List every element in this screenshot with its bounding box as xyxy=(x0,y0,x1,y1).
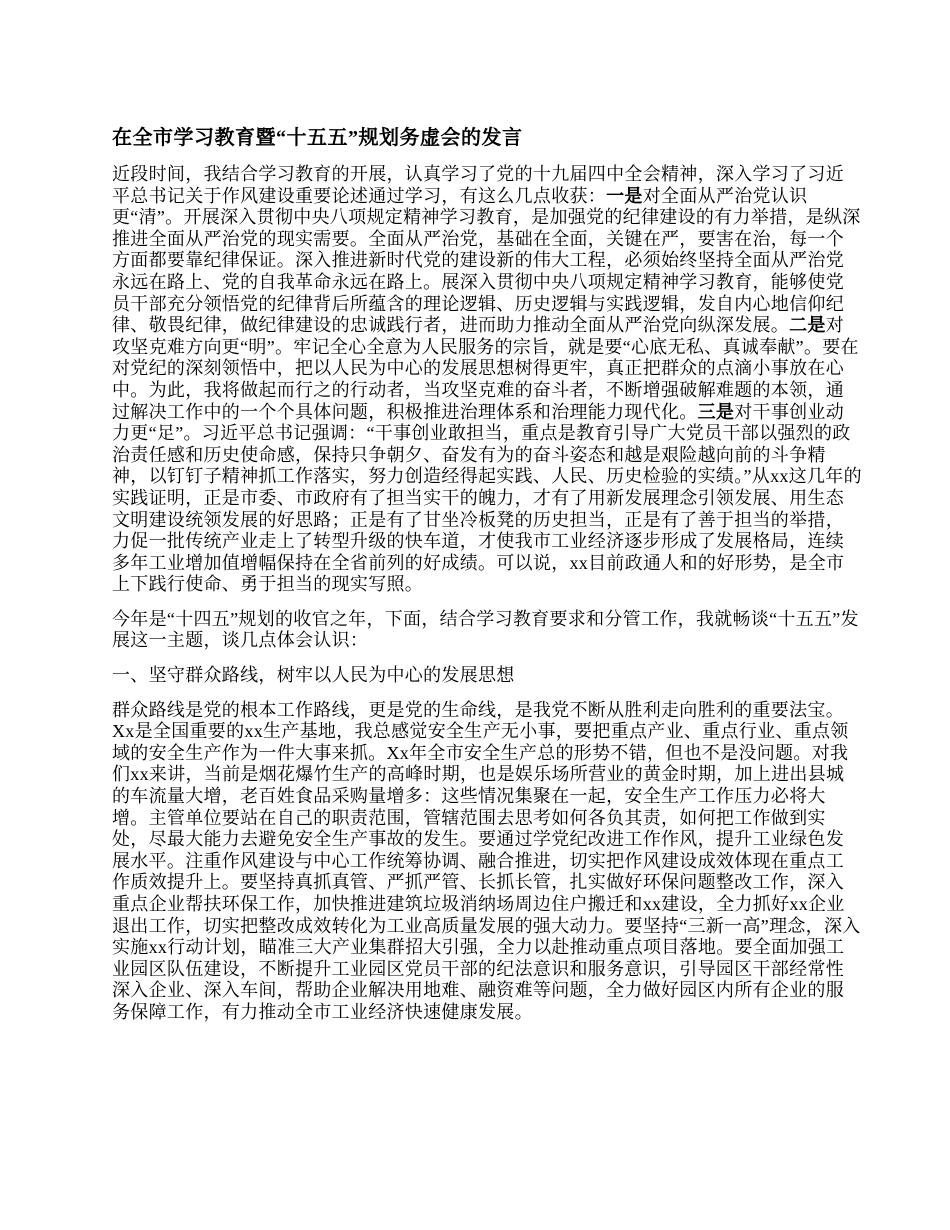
text-run: 群众路线是党的根本工作路线，更是党的生命线，是我党不断从胜利走向胜利的重要法宝。… xyxy=(112,700,861,1022)
emphasis-run: 三是 xyxy=(698,402,735,422)
document-body: 近段时间，我结合学习教育的开展，认真学习了党的十九届四中全会精神，深入学习了习近… xyxy=(112,164,862,1024)
text-run: 一、坚守群众路线，树牢以人民为中心的发展思想 xyxy=(112,665,515,685)
paragraph: 群众路线是党的根本工作路线，更是党的生命线，是我党不断从胜利走向胜利的重要法宝。… xyxy=(112,700,862,1024)
emphasis-run: 一是 xyxy=(606,186,643,206)
document-page: 在全市学习教育暨“十五五”规划务虚会的发言 近段时间，我结合学习教育的开展，认真… xyxy=(0,0,950,1230)
section-heading: 一、坚守群众路线，树牢以人民为中心的发展思想 xyxy=(112,665,862,687)
text-run: 今年是“十四五”规划的收官之年，下面，结合学习教育要求和分管工作，我就畅谈“十五… xyxy=(112,609,859,651)
paragraph: 近段时间，我结合学习教育的开展，认真学习了党的十九届四中全会精神，深入学习了习近… xyxy=(112,164,862,596)
document-title: 在全市学习教育暨“十五五”规划务虚会的发言 xyxy=(112,126,862,151)
paragraph: 今年是“十四五”规划的收官之年，下面，结合学习教育要求和分管工作，我就畅谈“十五… xyxy=(112,609,862,652)
text-run: 对干事创业动力更“足”。习近平总书记强调：“干事创业敢担当，重点是教育引导广大党… xyxy=(112,402,862,595)
text-run: 对全面从严治党认识更“清”。开展深入贯彻中央八项规定精神学习教育，是加强党的纪律… xyxy=(112,186,861,336)
emphasis-run: 二是 xyxy=(789,315,826,335)
